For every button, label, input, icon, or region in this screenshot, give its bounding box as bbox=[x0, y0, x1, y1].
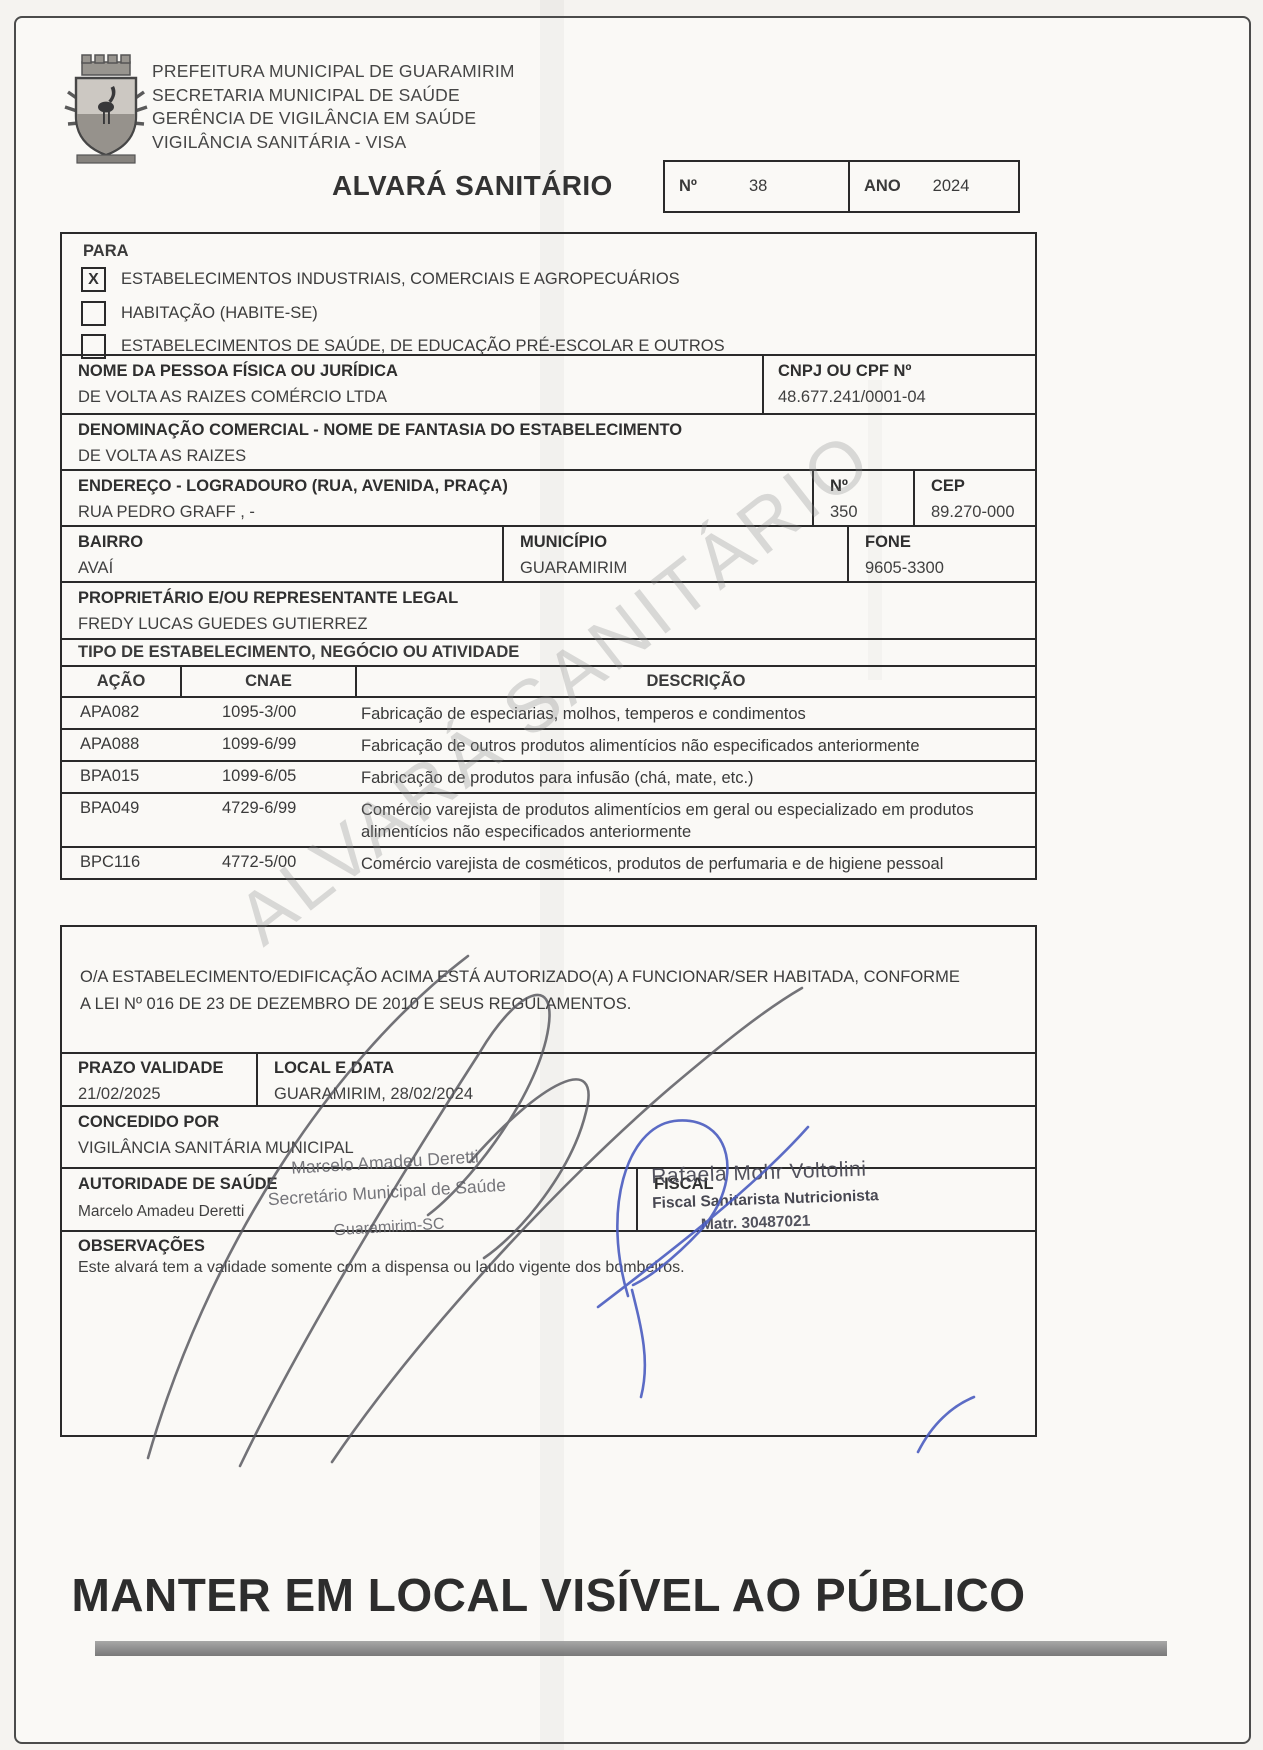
checkbox-saude-label: ESTABELECIMENTOS DE SAÚDE, DE EDUCAÇÃO P… bbox=[121, 337, 725, 356]
local-data-cell: LOCAL E DATA GUARAMIRIM, 28/02/2024 bbox=[258, 1054, 1035, 1105]
denominacao-value: DE VOLTA AS RAIZES bbox=[78, 447, 1019, 466]
cep-value: 89.270-000 bbox=[931, 503, 1019, 522]
establishment-info-box: PARA X ESTABELECIMENTOS INDUSTRIAIS, COM… bbox=[60, 232, 1037, 880]
bairro-cell: BAIRRO AVAÍ bbox=[62, 527, 502, 581]
nome-row: NOME DA PESSOA FÍSICA OU JURÍDICA DE VOL… bbox=[62, 354, 1035, 413]
municipio-value: GUARAMIRIM bbox=[520, 559, 831, 578]
numero-cell: Nº 38 bbox=[665, 162, 850, 211]
para-section: PARA X ESTABELECIMENTOS INDUSTRIAIS, COM… bbox=[62, 234, 1035, 354]
table-row: APA082 1095-3/00 Fabricação de especiari… bbox=[62, 698, 1035, 730]
assinaturas-row: AUTORIDADE DE SAÚDE Marcelo Amadeu Deret… bbox=[62, 1167, 1035, 1230]
denominacao-cell: DENOMINAÇÃO COMERCIAL - NOME DE FANTASIA… bbox=[62, 415, 1035, 469]
cnpj-value: 48.677.241/0001-04 bbox=[778, 388, 1019, 407]
row-descricao: Comércio varejista de cosméticos, produt… bbox=[357, 851, 1035, 875]
row-cnae: 1099-6/05 bbox=[182, 765, 357, 786]
nome-value: DE VOLTA AS RAIZES COMÉRCIO LTDA bbox=[78, 388, 746, 407]
cep-label: CEP bbox=[931, 477, 1019, 496]
row-acao: APA082 bbox=[62, 701, 182, 722]
numero-endereco-label: Nº bbox=[830, 477, 897, 496]
para-option-habitacao: HABITAÇÃO (HABITE-SE) bbox=[81, 301, 318, 326]
bairro-row: BAIRRO AVAÍ MUNICÍPIO GUARAMIRIM FONE 96… bbox=[62, 525, 1035, 581]
atividades-table: AÇÃO CNAE DESCRIÇÃO APA082 1095-3/00 Fab… bbox=[62, 665, 1035, 878]
nome-label: NOME DA PESSOA FÍSICA OU JURÍDICA bbox=[78, 362, 746, 381]
authorization-box: O/A ESTABELECIMENTO/EDIFICAÇÃO ACIMA EST… bbox=[60, 925, 1037, 1437]
prazo-value: 21/02/2025 bbox=[78, 1085, 240, 1104]
ano-label: ANO bbox=[864, 177, 901, 196]
endereco-row: ENDEREÇO - LOGRADOURO (RUA, AVENIDA, PRA… bbox=[62, 469, 1035, 525]
observacoes-row: OBSERVAÇÕES Este alvará tem a validade s… bbox=[62, 1230, 1035, 1435]
col-header-cnae: CNAE bbox=[182, 667, 357, 696]
denominacao-row: DENOMINAÇÃO COMERCIAL - NOME DE FANTASIA… bbox=[62, 413, 1035, 469]
proprietario-cell: PROPRIETÁRIO E/OU REPRESENTANTE LEGAL FR… bbox=[62, 583, 1035, 638]
org-line-1: PREFEITURA MUNICIPAL DE GUARAMIRIM bbox=[152, 60, 515, 84]
table-row: BPA049 4729-6/99 Comércio varejista de p… bbox=[62, 794, 1035, 848]
cep-cell: CEP 89.270-000 bbox=[913, 471, 1035, 525]
checkbox-industrial: X bbox=[81, 267, 106, 292]
checkbox-habitacao-label: HABITAÇÃO (HABITE-SE) bbox=[121, 304, 318, 323]
fone-label: FONE bbox=[865, 533, 1019, 552]
para-label: PARA bbox=[83, 242, 129, 261]
validade-row: PRAZO VALIDADE 21/02/2025 LOCAL E DATA G… bbox=[62, 1052, 1035, 1105]
keep-visible-notice: MANTER EM LOCAL VISÍVEL AO PÚBLICO bbox=[60, 1568, 1037, 1622]
table-row: BPC116 4772-5/00 Comércio varejista de c… bbox=[62, 848, 1035, 878]
table-row: BPA015 1099-6/05 Fabricação de produtos … bbox=[62, 762, 1035, 794]
ano-value: 2024 bbox=[933, 177, 970, 196]
proprietario-row: PROPRIETÁRIO E/OU REPRESENTANTE LEGAL FR… bbox=[62, 581, 1035, 638]
numero-endereco-value: 350 bbox=[830, 503, 897, 522]
fiscal-cell: FISCAL bbox=[636, 1169, 1035, 1230]
bairro-label: BAIRRO bbox=[78, 533, 486, 552]
cnpj-label: CNPJ OU CPF Nº bbox=[778, 362, 1019, 381]
prazo-label: PRAZO VALIDADE bbox=[78, 1059, 240, 1078]
org-line-4: VIGILÂNCIA SANITÁRIA - VISA bbox=[152, 131, 515, 155]
nome-cell: NOME DA PESSOA FÍSICA OU JURÍDICA DE VOL… bbox=[62, 356, 762, 413]
endereco-value: RUA PEDRO GRAFF , - bbox=[78, 503, 796, 522]
row-cnae: 4729-6/99 bbox=[182, 797, 357, 818]
tipo-estabelecimento-label: TIPO DE ESTABELECIMENTO, NEGÓCIO OU ATIV… bbox=[62, 638, 1035, 665]
row-cnae: 1099-6/99 bbox=[182, 733, 357, 754]
row-cnae: 1095-3/00 bbox=[182, 701, 357, 722]
atividades-table-header: AÇÃO CNAE DESCRIÇÃO bbox=[62, 667, 1035, 698]
table-row: APA088 1099-6/99 Fabricação de outros pr… bbox=[62, 730, 1035, 762]
numero-value: 38 bbox=[749, 177, 767, 196]
row-cnae: 4772-5/00 bbox=[182, 851, 357, 872]
municipal-coat-of-arms-icon bbox=[62, 52, 150, 164]
col-header-descricao: DESCRIÇÃO bbox=[357, 667, 1035, 696]
row-acao: APA088 bbox=[62, 733, 182, 754]
municipio-cell: MUNICÍPIO GUARAMIRIM bbox=[502, 527, 847, 581]
fone-value: 9605-3300 bbox=[865, 559, 1019, 578]
row-acao: BPA049 bbox=[62, 797, 182, 818]
observacoes-text: Este alvará tem a validade somente com a… bbox=[78, 1259, 1019, 1277]
autoridade-label: AUTORIDADE DE SAÚDE bbox=[78, 1175, 620, 1194]
row-descricao: Fabricação de especiarias, molhos, tempe… bbox=[357, 701, 1035, 725]
denominacao-label: DENOMINAÇÃO COMERCIAL - NOME DE FANTASIA… bbox=[78, 421, 1019, 440]
row-descricao: Fabricação de produtos para infusão (chá… bbox=[357, 765, 1035, 789]
numero-endereco-cell: Nº 350 bbox=[812, 471, 913, 525]
ano-cell: ANO 2024 bbox=[850, 162, 1018, 211]
org-line-3: GERÊNCIA DE VIGILÂNCIA EM SAÚDE bbox=[152, 107, 515, 131]
checkbox-habitacao bbox=[81, 301, 106, 326]
cnpj-cell: CNPJ OU CPF Nº 48.677.241/0001-04 bbox=[762, 356, 1035, 413]
proprietario-value: FREDY LUCAS GUEDES GUTIERREZ bbox=[78, 615, 1019, 634]
scanned-document-page: ALVARÁ SANITÁRIO PREFEITURA MUNICIPA bbox=[0, 0, 1263, 1750]
bairro-value: AVAÍ bbox=[78, 559, 486, 578]
concedido-label: CONCEDIDO POR bbox=[78, 1113, 1019, 1132]
permit-number-box: Nº 38 ANO 2024 bbox=[663, 160, 1020, 213]
footer-bar bbox=[95, 1641, 1167, 1656]
autoridade-nome: Marcelo Amadeu Deretti bbox=[78, 1203, 620, 1221]
fiscal-label: FISCAL bbox=[654, 1175, 1019, 1194]
org-line-2: SECRETARIA MUNICIPAL DE SAÚDE bbox=[152, 84, 515, 108]
concedido-value: VIGILÂNCIA SANITÁRIA MUNICIPAL bbox=[78, 1139, 1019, 1158]
checkbox-saude bbox=[81, 334, 106, 359]
observacoes-label: OBSERVAÇÕES bbox=[78, 1237, 1019, 1256]
local-data-label: LOCAL E DATA bbox=[274, 1059, 1019, 1078]
row-acao: BPC116 bbox=[62, 851, 182, 872]
proprietario-label: PROPRIETÁRIO E/OU REPRESENTANTE LEGAL bbox=[78, 589, 1019, 608]
prazo-cell: PRAZO VALIDADE 21/02/2025 bbox=[62, 1054, 258, 1105]
row-descricao: Comércio varejista de produtos alimentíc… bbox=[357, 797, 1035, 843]
fone-cell: FONE 9605-3300 bbox=[847, 527, 1035, 581]
para-option-saude: ESTABELECIMENTOS DE SAÚDE, DE EDUCAÇÃO P… bbox=[81, 334, 725, 359]
authorization-paragraph: O/A ESTABELECIMENTO/EDIFICAÇÃO ACIMA EST… bbox=[62, 927, 1035, 1052]
autoridade-cell: AUTORIDADE DE SAÚDE Marcelo Amadeu Deret… bbox=[62, 1169, 636, 1230]
issuing-org-header: PREFEITURA MUNICIPAL DE GUARAMIRIM SECRE… bbox=[152, 60, 515, 154]
municipio-label: MUNICÍPIO bbox=[520, 533, 831, 552]
endereco-cell: ENDEREÇO - LOGRADOURO (RUA, AVENIDA, PRA… bbox=[62, 471, 812, 525]
row-descricao: Fabricação de outros produtos alimentíci… bbox=[357, 733, 1035, 757]
endereco-label: ENDEREÇO - LOGRADOURO (RUA, AVENIDA, PRA… bbox=[78, 477, 796, 496]
concedido-row: CONCEDIDO POR VIGILÂNCIA SANITÁRIA MUNIC… bbox=[62, 1105, 1035, 1167]
numero-label: Nº bbox=[679, 177, 697, 196]
checkbox-industrial-label: ESTABELECIMENTOS INDUSTRIAIS, COMERCIAIS… bbox=[121, 270, 680, 289]
local-data-value: GUARAMIRIM, 28/02/2024 bbox=[274, 1085, 1019, 1104]
document-title: ALVARÁ SANITÁRIO bbox=[332, 170, 613, 202]
para-option-industrial: X ESTABELECIMENTOS INDUSTRIAIS, COMERCIA… bbox=[81, 267, 680, 292]
col-header-acao: AÇÃO bbox=[62, 667, 182, 696]
row-acao: BPA015 bbox=[62, 765, 182, 786]
